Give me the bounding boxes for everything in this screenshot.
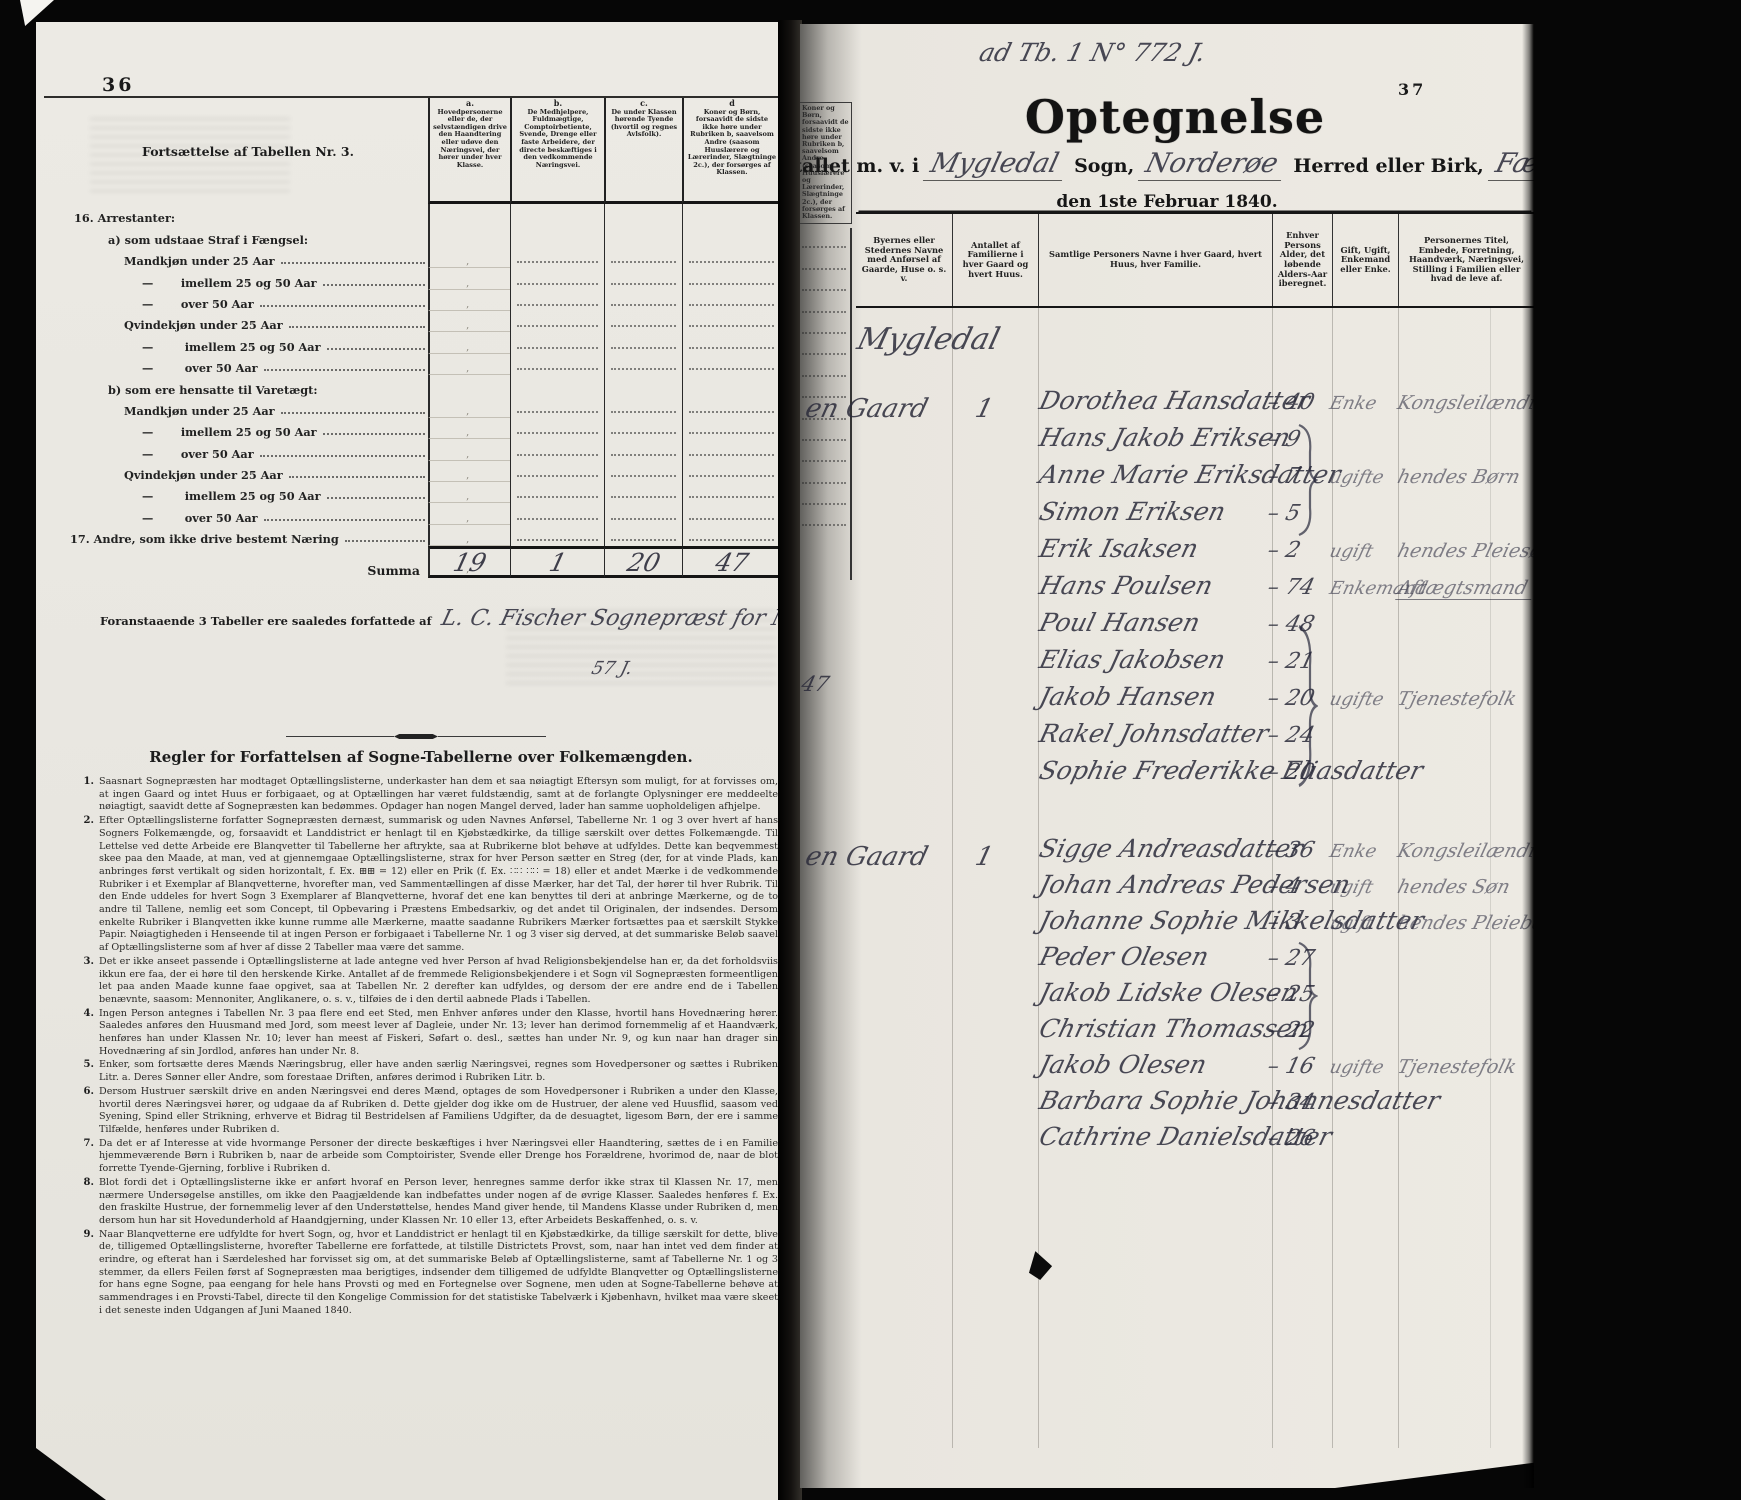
summa-cell-b: 1 (510, 546, 604, 578)
person-list: Dorothea Hansdatter40EnkeKongsleilænding… (1040, 386, 1534, 793)
cell (510, 525, 604, 546)
family-count: 1 (972, 394, 996, 424)
person-row: Christian Thomassen22 (1040, 1014, 1534, 1050)
table-row: — imellem 25 og 50 Aar (68, 418, 780, 439)
section-row: b) som ere hensatte til Varetægt: (68, 375, 780, 396)
family-count: 1 (972, 842, 996, 872)
section-row: a) som udstaae Straf i Fængsel: (68, 225, 780, 246)
person-row: Anne Marie Eriksdatter7ugiftehendes Børn (1040, 460, 1534, 497)
table-row: Qvindekjøn under 25 Aar (68, 461, 780, 482)
summa-cell-a: 19 (428, 546, 510, 578)
summa-cell-c: 20 (604, 546, 682, 578)
continuation-table: Fortsættelse af Tabellen Nr. 3. a. Hoved… (68, 98, 780, 578)
dot-leader (281, 262, 425, 264)
cell (428, 461, 510, 482)
cell (428, 311, 510, 332)
cell (428, 354, 510, 375)
column-rule (952, 308, 953, 1448)
attestation-printed: Foranstaaende 3 Tabeller ere saaledes fo… (100, 614, 432, 628)
cell (682, 354, 780, 375)
ink-blot (1028, 1251, 1054, 1282)
cell (604, 503, 682, 524)
summa-value: 19 (450, 548, 489, 577)
attestation-signature: L. C. Fischer Sognepræst for Norderøerne… (438, 606, 780, 631)
table-row: — imellem 25 og 50 Aar (68, 332, 780, 353)
cell (510, 397, 604, 418)
rule-item: 9.Naar Blanqvetterne ere udfyldte for hv… (70, 1229, 778, 1318)
census-date: den 1ste Februar 1840. (804, 192, 1530, 212)
rules-list: 1.Saasnart Sognepræsten har modtaget Opt… (70, 776, 778, 1319)
col-families: Antallet af Familierne i hver Gaard og h… (952, 214, 1038, 306)
dot-leader (327, 497, 425, 499)
cell (428, 247, 510, 268)
table-row: Mandkjøn under 25 Aar (68, 247, 780, 268)
person-row: Hans Poulsen74EnkemandAftægtsmand (1040, 571, 1534, 608)
cell (510, 418, 604, 439)
cell (510, 290, 604, 311)
table-row: — over 50 Aar (68, 439, 780, 460)
left-page: 36 Fortsættelse af Tabellen Nr. 3. a. Ho… (36, 22, 780, 1500)
col-names: Samtlige Personers Navne i hver Gaard, h… (1038, 214, 1272, 306)
summa-row: Summa 19 1 20 47 (68, 546, 780, 578)
cell (510, 461, 604, 482)
cell (604, 332, 682, 353)
document-subtitle: paa Folketallet m. v. i Mygledal Sogn, N… (804, 148, 1530, 181)
rule (438, 736, 546, 738)
dot-leader (260, 305, 425, 307)
person-row: Peder Olesen27 (1040, 942, 1534, 978)
farm-name: en Gaard (802, 394, 931, 424)
column-header-c: c. De under Klassen hørende Tyende (hvor… (604, 98, 682, 204)
cell (682, 290, 780, 311)
person-row: Erik Isaksen2ugifthendes Pleiesøn (1040, 534, 1534, 571)
cell (604, 525, 682, 546)
person-row: Jakob Lidske Olesen25 (1040, 978, 1534, 1014)
person-row: Johanne Sophie Mikkelsdatter3ugifthendes… (1040, 906, 1534, 942)
cell (604, 204, 682, 225)
table-row: — over 50 Aar (68, 354, 780, 375)
cell (510, 332, 604, 353)
divider-ornament (394, 734, 438, 739)
person-list: Sigge Andreasdatter36EnkeKongsleilænding… (1040, 834, 1534, 1158)
district-name-handwritten: Norderøe (1138, 148, 1289, 181)
cell (428, 397, 510, 418)
archival-annotation: ad Tb. 1 N° 772 J. (976, 38, 1209, 67)
dot-leader (289, 476, 425, 478)
cell (682, 225, 780, 246)
cell (428, 290, 510, 311)
dot-leader (260, 455, 425, 457)
cell (682, 247, 780, 268)
rule-item: 3.Det er ikke anseet passende i Optællin… (70, 956, 778, 1007)
table-row: — imellem 25 og 50 Aar (68, 482, 780, 503)
table-title: Fortsættelse af Tabellen Nr. 3. (68, 98, 428, 204)
dot-leader (323, 433, 425, 435)
section-divider (286, 734, 546, 739)
census-table-header: Byernes eller Stedernes Navne med Anførs… (856, 212, 1534, 308)
cell (428, 332, 510, 353)
scanned-census-document: 36 Fortsættelse af Tabellen Nr. 3. a. Ho… (0, 0, 1741, 1500)
person-row: Jakob Hansen20ugifteTjenestefolk (1040, 682, 1534, 719)
table-row: 17. Andre, som ikke drive bestemt Næring (68, 525, 780, 546)
cell (682, 461, 780, 482)
cell (428, 418, 510, 439)
cell (682, 418, 780, 439)
cell (510, 482, 604, 503)
table-row: — over 50 Aar (68, 290, 780, 311)
cell (682, 525, 780, 546)
table-row: Mandkjøn under 25 Aar (68, 397, 780, 418)
cell (604, 482, 682, 503)
section-row: 16. Arrestanter: (68, 204, 780, 225)
grouping-brace (1296, 940, 1318, 1052)
parish-name-handwritten: Mygledal (923, 148, 1070, 181)
dot-leader (264, 369, 425, 371)
cell (428, 375, 510, 396)
person-row: Dorothea Hansdatter40EnkeKongsleilænding… (1040, 386, 1534, 423)
summa-cell-d: 47 (682, 546, 780, 578)
cell (604, 375, 682, 396)
cell (604, 290, 682, 311)
cell (510, 204, 604, 225)
cell (428, 525, 510, 546)
dot-leader (289, 326, 425, 328)
summa-label: Summa (367, 563, 420, 578)
cell (510, 225, 604, 246)
cell (604, 311, 682, 332)
col-places: Byernes eller Stedernes Navne med Anførs… (856, 214, 952, 306)
dot-leader (323, 284, 425, 286)
table-header: Fortsættelse af Tabellen Nr. 3. a. Hoved… (68, 98, 780, 204)
rule-item: 6.Dersom Hustruer særskilt drive en ande… (70, 1086, 778, 1137)
cutoff-handwritten-number: 47 (800, 672, 832, 696)
table-row: — imellem 25 og 50 Aar (68, 268, 780, 289)
cell (510, 439, 604, 460)
cell (604, 439, 682, 460)
farm-name: en Gaard (802, 842, 931, 872)
cell (682, 311, 780, 332)
cell (682, 375, 780, 396)
cell (604, 418, 682, 439)
cell (428, 439, 510, 460)
cell (682, 482, 780, 503)
summa-value: 1 (546, 548, 569, 577)
person-row: Sigge Andreasdatter36EnkeKongsleilænding… (1040, 834, 1534, 870)
dot-leader (345, 540, 425, 542)
table-row: — over 50 Aar (68, 503, 780, 524)
cell (682, 204, 780, 225)
cell (510, 375, 604, 396)
cell (682, 332, 780, 353)
cell (428, 268, 510, 289)
person-row: Cathrine Danielsdatter26 (1040, 1122, 1534, 1158)
person-row: Johan Andreas Pedersen4ugifthendes Søn (1040, 870, 1534, 906)
table-row: Qvindekjøn under 25 Aar (68, 311, 780, 332)
summa-value: 20 (624, 548, 663, 577)
cell (510, 268, 604, 289)
rule-item: 7.Da det er af Interesse at vide hvorman… (70, 1138, 778, 1176)
cell (682, 397, 780, 418)
cell (682, 268, 780, 289)
cell (682, 439, 780, 460)
cell (510, 247, 604, 268)
rule-item: 2.Efter Optællingslisterne forfatter Sog… (70, 815, 778, 955)
col-occupation: Personernes Titel, Embede, Forretning, H… (1398, 214, 1534, 306)
left-page-number: 36 (102, 74, 134, 96)
cutoff-dotted-rows (800, 232, 850, 531)
rule-item: 5.Enker, som fortsætte deres Mænds Nærin… (70, 1059, 778, 1084)
col-marital: Gift, Ugift, Enkemand eller Enke. (1332, 214, 1398, 306)
column-header-a: a. Hovedpersonerne eller de, der selvstæ… (428, 98, 510, 204)
dot-leader (327, 348, 425, 350)
cell (682, 503, 780, 524)
cell (604, 247, 682, 268)
cell (510, 354, 604, 375)
person-row: Hans Jakob Eriksen9 (1040, 423, 1534, 460)
cell (604, 225, 682, 246)
dot-leader (264, 519, 425, 521)
attestation-line: Foranstaaende 3 Tabeller ere saaledes fo… (100, 606, 780, 631)
person-row: Barbara Sophie Johannesdatter34 (1040, 1086, 1534, 1122)
col-age: Enhver Persons Alder, det løbende Alders… (1272, 214, 1332, 306)
cell (428, 204, 510, 225)
rules-heading: Regler for Forfattelsen af Sogne-Tabelle… (76, 748, 766, 766)
handwritten-note: 57 J. (589, 658, 634, 679)
place-heading: Mygledal (854, 322, 1004, 357)
cell (510, 503, 604, 524)
cell (428, 225, 510, 246)
binding-gutter (778, 20, 802, 1500)
rule-item: 8.Blot fordi det i Optællingslisterne ik… (70, 1177, 778, 1228)
right-page: Koner og Børn, forsaavidt de sidste ikke… (800, 24, 1534, 1488)
rule-item: 1.Saasnart Sognepræsten har modtaget Opt… (70, 776, 778, 814)
person-row: Sophie Frederikke Eliasdatter20 (1040, 756, 1534, 793)
person-row: Poul Hansen48 (1040, 608, 1534, 645)
cell (604, 268, 682, 289)
person-row: Rakel Johnsdatter24 (1040, 719, 1534, 756)
dot-leader (281, 412, 425, 414)
cell (604, 354, 682, 375)
rule (286, 736, 394, 738)
cell (428, 482, 510, 503)
cell (604, 461, 682, 482)
document-title: Optegnelse (940, 90, 1410, 144)
grouping-brace (1296, 422, 1318, 538)
person-row: Simon Eriksen5 (1040, 497, 1534, 534)
rule-item: 4.Ingen Person antegnes i Tabellen Nr. 3… (70, 1008, 778, 1059)
column-header-b: b. De Medhjelpere, Fuldmægtige, Comptoir… (510, 98, 604, 204)
summa-value: 47 (712, 548, 751, 577)
cell (428, 503, 510, 524)
person-row: Elias Jakobsen21 (1040, 645, 1534, 682)
cell (510, 311, 604, 332)
column-header-d: d Koner og Børn, forsaavidt de sidste ik… (682, 98, 780, 204)
cell (604, 397, 682, 418)
grouping-brace (1296, 622, 1318, 790)
person-row: Jakob Olesen16ugifteTjenestefolk (1040, 1050, 1534, 1086)
page-edge-shadow (1522, 24, 1534, 1488)
